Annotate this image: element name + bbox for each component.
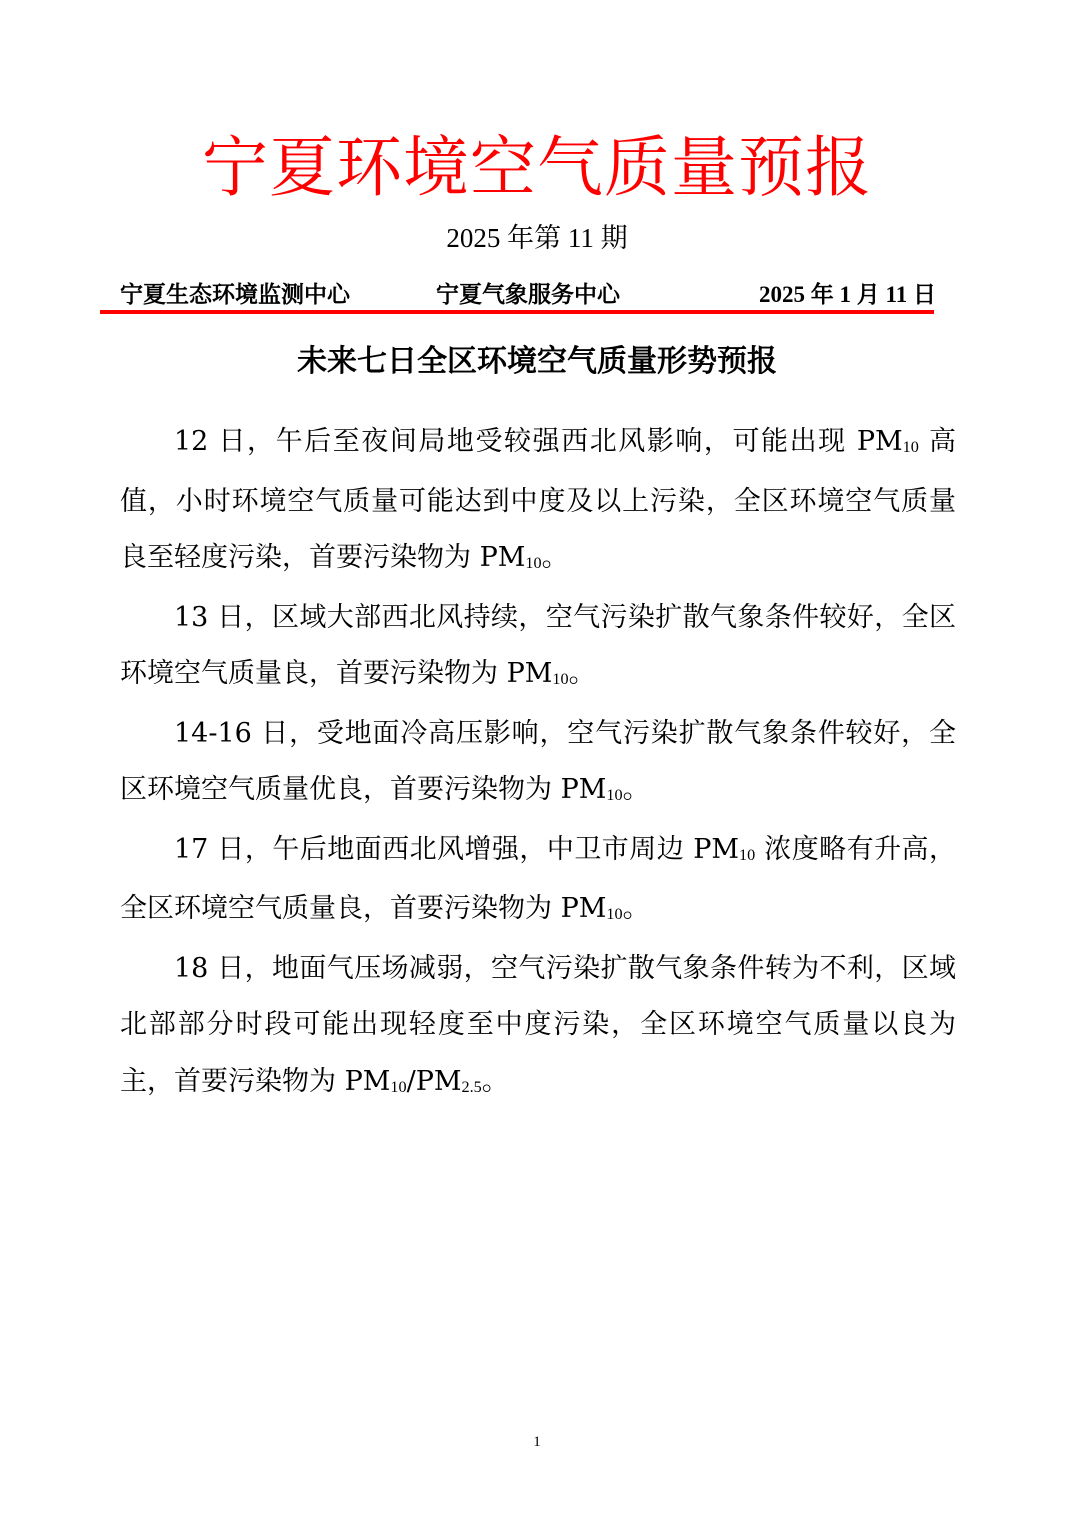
subscript: 10 [903,438,919,456]
subscript: 10 [552,670,568,688]
subscript: 2.5 [462,1078,482,1096]
forecast-paragraph-day18: 18 日，地面气压场减弱，空气污染扩散气象条件转为不利，区域北部部分时段可能出现… [120,941,956,1114]
text: 14-16 日，受地面冷高压影响，空气污染扩散气象条件较好，全区环境空气质量优良… [120,718,956,806]
subscript: 10 [525,554,541,572]
forecast-paragraph-day12: 12 日，午后至夜间局地受较强西北风影响，可能出现 PM10 高值，小时环境空气… [120,414,956,590]
subscript: 10 [739,846,755,864]
text: 。 [623,774,650,805]
text: 17 日，午后地面西北风增强，中卫市周边 PM [174,834,739,865]
text: 12 日，午后至夜间局地受较强西北风影响，可能出现 PM [174,426,903,457]
section-title: 未来七日全区环境空气质量形势预报 [0,340,1074,384]
text: 。 [569,658,596,689]
forecast-paragraph-day13: 13 日，区域大部西北风持续，空气污染扩散气象条件较好，全区环境空气质量良，首要… [120,590,956,706]
text: 13 日，区域大部西北风持续，空气污染扩散气象条件较好，全区环境空气质量良，首要… [120,602,956,690]
publisher-row: 宁夏生态环境监测中心 宁夏气象服务中心 2025 年 1 月 11 日 [120,279,936,311]
subscript: 10 [390,1078,406,1096]
text: /PM [407,1066,462,1097]
text: 。 [542,542,569,573]
publish-date: 2025 年 1 月 11 日 [759,279,936,311]
red-divider [100,310,934,314]
publisher-meteorological-center: 宁夏气象服务中心 [436,279,620,311]
forecast-body: 12 日，午后至夜间局地受较强西北风影响，可能出现 PM10 高值，小时环境空气… [120,414,956,1113]
forecast-paragraph-day14-16: 14-16 日，受地面冷高压影响，空气污染扩散气象条件较好，全区环境空气质量优良… [120,706,956,822]
subscript: 10 [606,905,622,923]
page-number: 1 [0,1434,1074,1451]
issue-number: 2025 年第 11 期 [0,220,1074,256]
document-title: 宁夏环境空气质量预报 [0,128,1074,208]
text: 。 [482,1066,509,1097]
text: 18 日，地面气压场减弱，空气污染扩散气象条件转为不利，区域北部部分时段可能出现… [120,953,956,1097]
text: 。 [623,893,650,924]
forecast-paragraph-day17: 17 日，午后地面西北风增强，中卫市周边 PM10 浓度略有升高，全区环境空气质… [120,822,956,941]
publisher-monitoring-center: 宁夏生态环境监测中心 [120,279,350,311]
subscript: 10 [606,786,622,804]
